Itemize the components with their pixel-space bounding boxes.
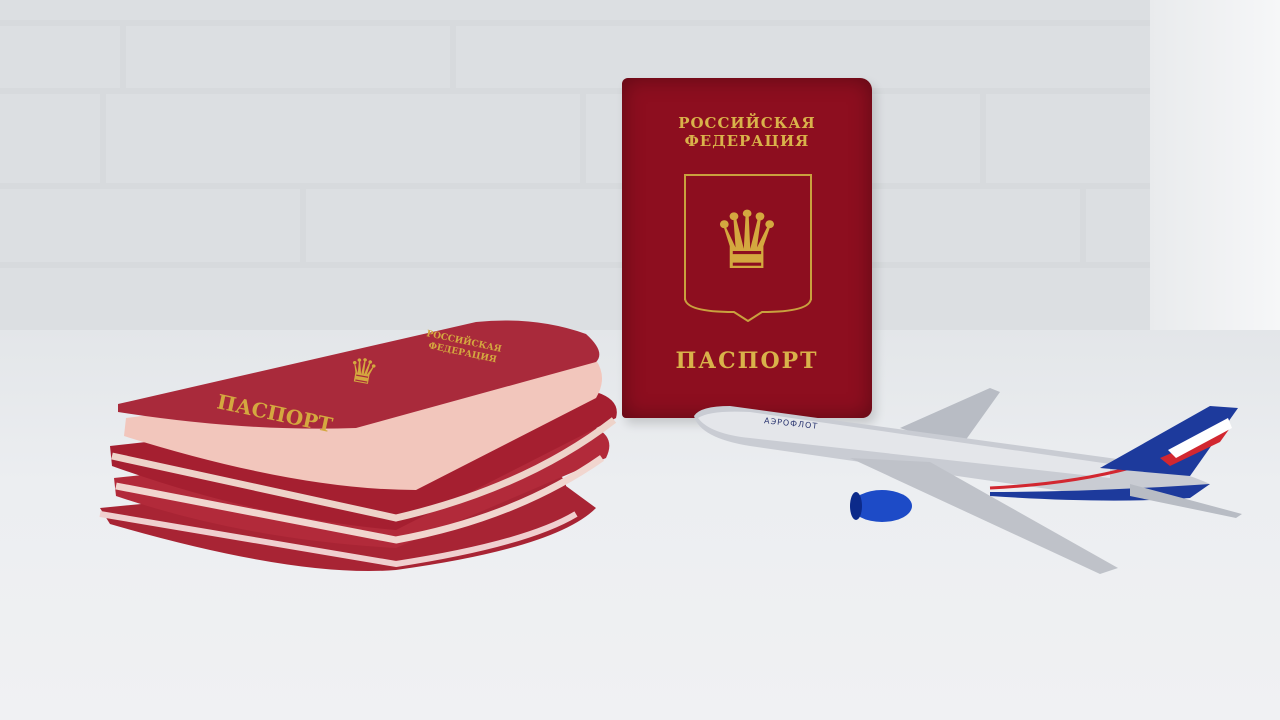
shield-tip [684, 298, 812, 322]
passport-stack: ПАСПОРТ РОССИЙСКАЯ ФЕДЕРАЦИЯ ♛ [96, 318, 626, 578]
photo-scene: ПАСПОРТ РОССИЙСКАЯ ФЕДЕРАЦИЯ ♛ РОССИЙСКА… [0, 0, 1280, 720]
country-line-1: РОССИЙСКАЯ [622, 114, 872, 132]
passport-cover-main: РОССИЙСКАЯ ФЕДЕРАЦИЯ ♛ ПАСПОРТ [622, 78, 872, 418]
passport-word: ПАСПОРТ [622, 348, 872, 374]
wall-corner [1150, 0, 1280, 340]
double-headed-eagle-icon: ♛ [704, 186, 790, 296]
country-line-2: ФЕДЕРАЦИЯ [622, 132, 872, 150]
